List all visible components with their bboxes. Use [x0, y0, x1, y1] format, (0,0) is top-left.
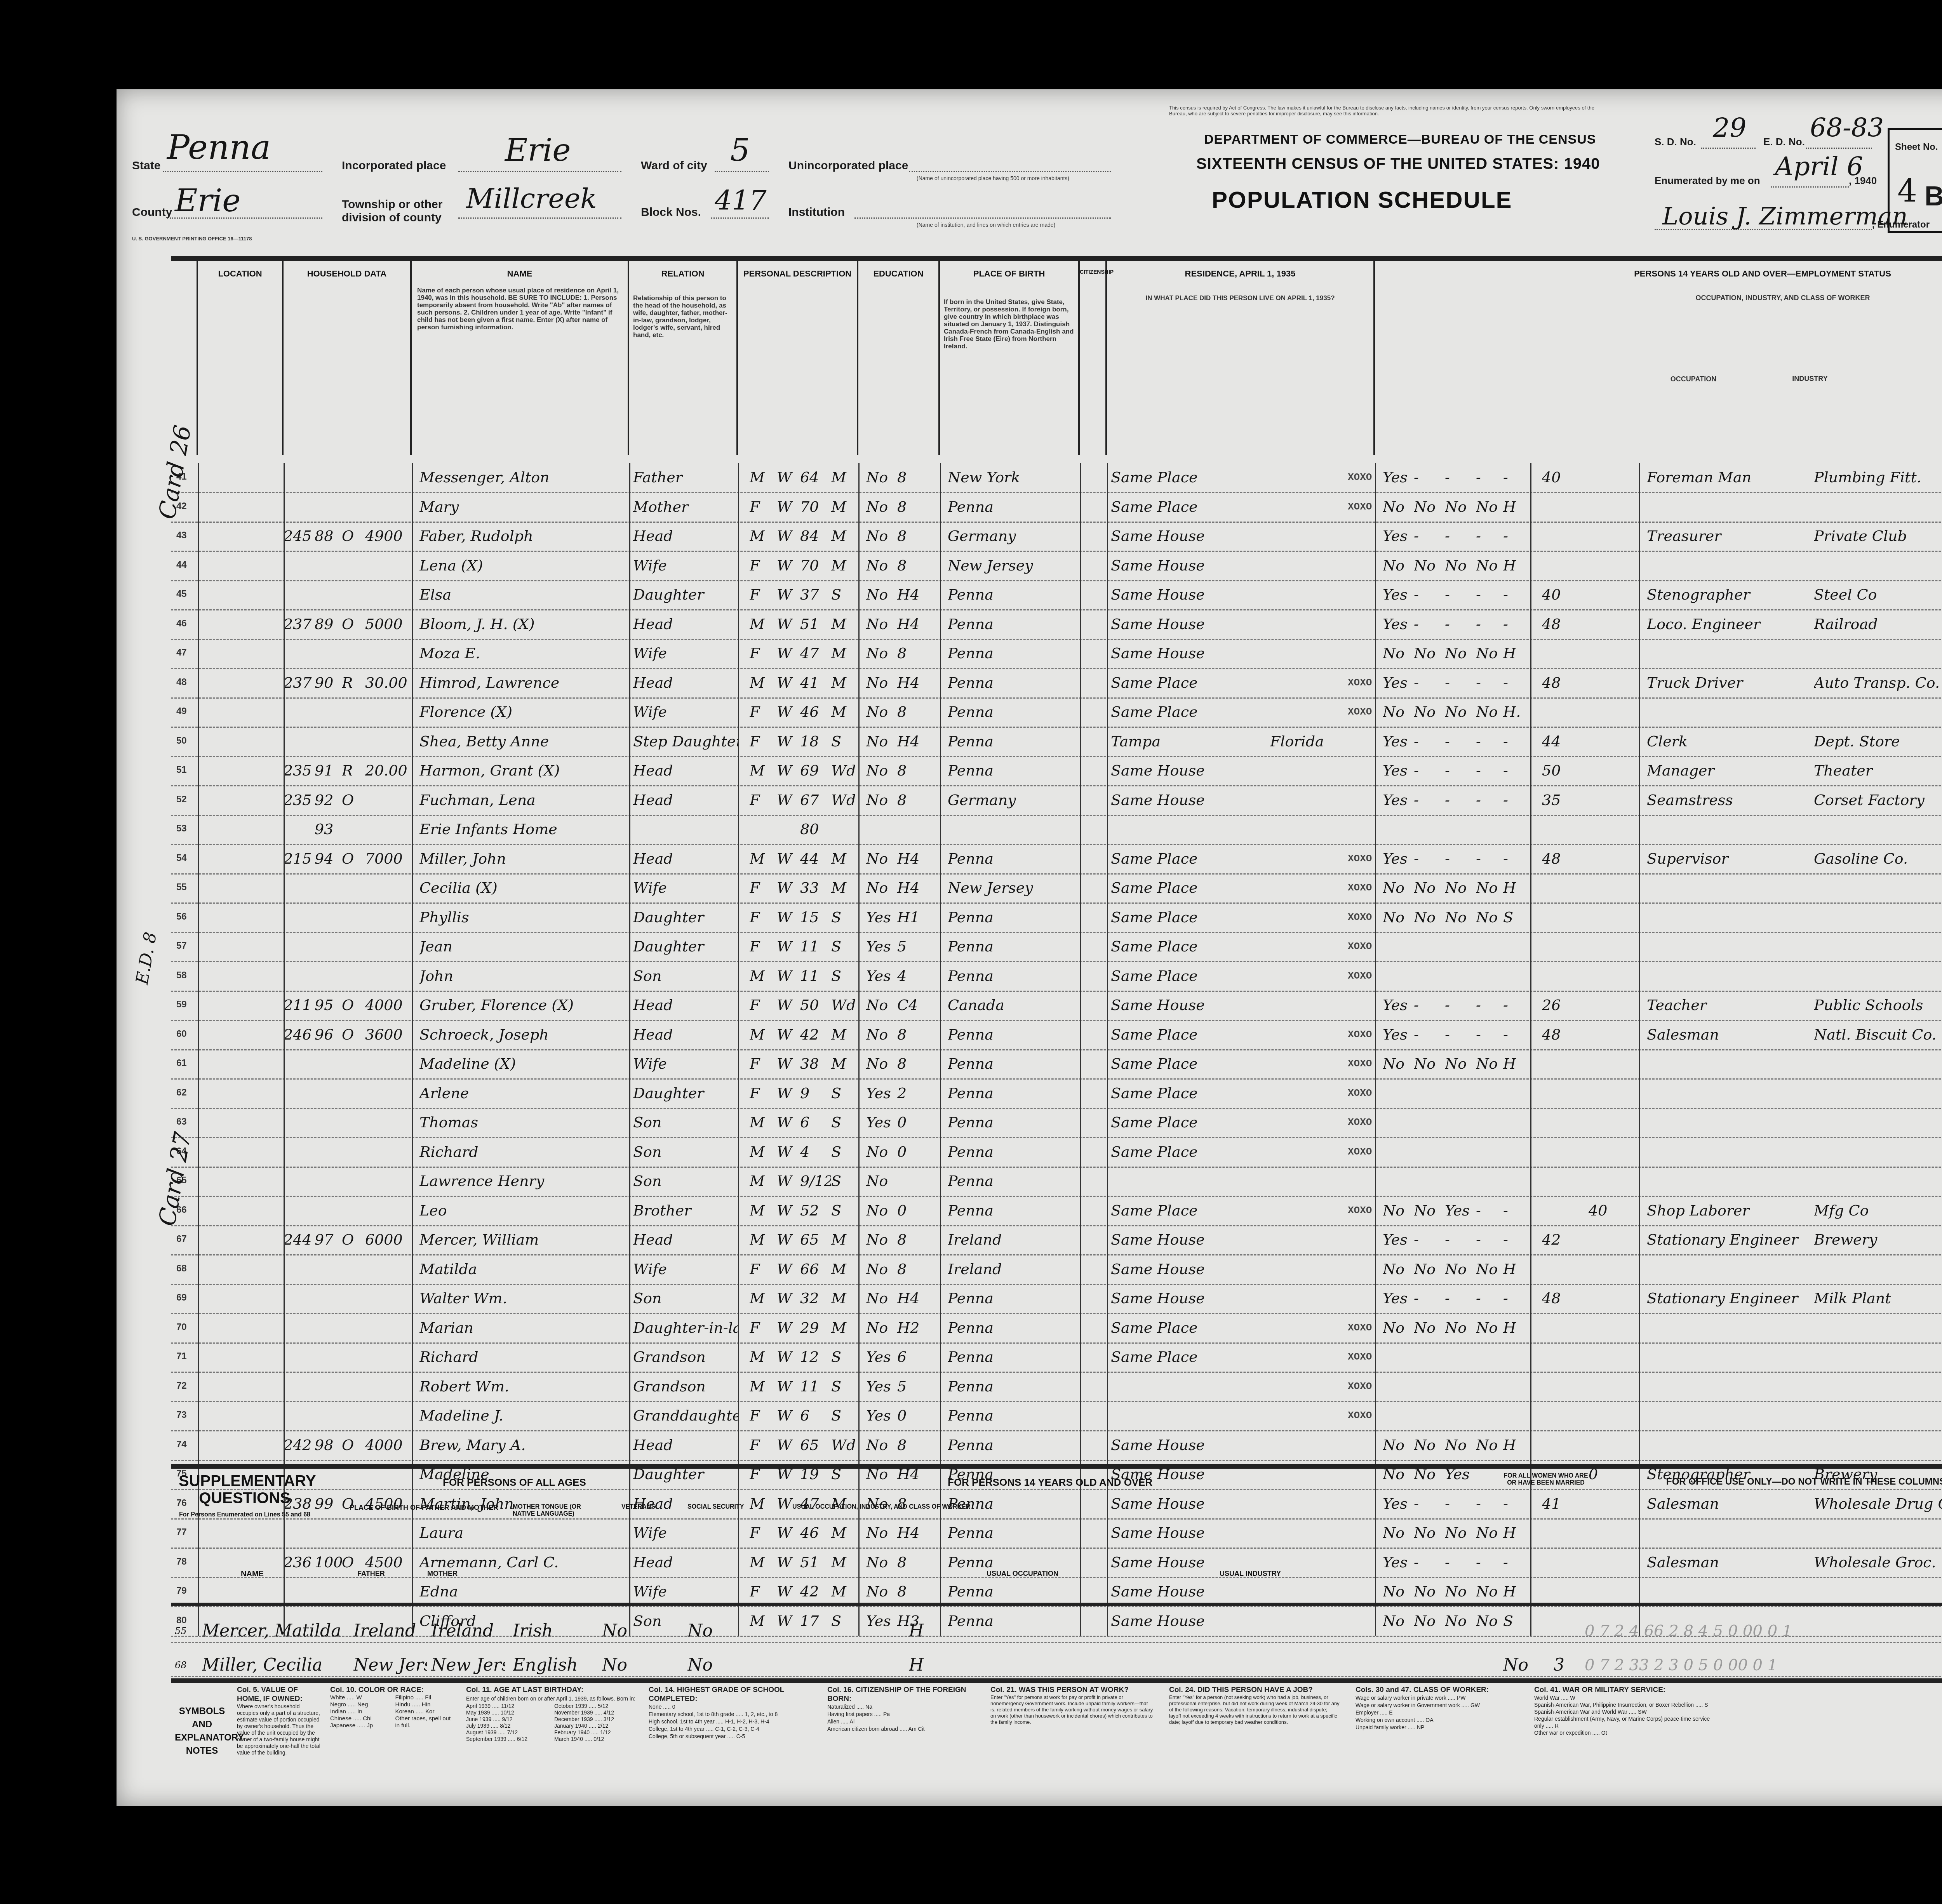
note-col5-text: Where owner's household occupies only a … — [237, 1703, 322, 1756]
note-list-item: October 1939 ..... 5/12 — [554, 1703, 637, 1709]
seeking-work: - — [1445, 845, 1472, 872]
emergency-work: - — [1414, 464, 1441, 491]
marital: M — [831, 845, 858, 872]
person-name: Walter Wm. — [419, 1285, 621, 1312]
line-number: 69 — [176, 1292, 187, 1303]
h-house — [284, 1343, 315, 1370]
had-job — [1476, 1373, 1503, 1400]
note-col14-list: None ..... 0Elementary school, 1st to 8t… — [649, 1703, 812, 1740]
sex: M — [750, 1373, 769, 1400]
residence-city: Same House — [1111, 991, 1227, 1019]
weeks-unemployed — [1589, 1255, 1627, 1283]
relation: Daughter — [633, 933, 738, 960]
department-title: DEPARTMENT OF COMMERCE—BUREAU OF THE CEN… — [1204, 132, 1596, 147]
hours-worked — [1542, 1050, 1581, 1077]
age: 65 — [800, 1226, 831, 1253]
had-job: - — [1476, 1021, 1503, 1048]
note-list-item: Alien ..... Al — [827, 1718, 975, 1725]
residence-state — [1270, 1314, 1348, 1341]
age: 4 — [800, 1138, 831, 1165]
h-tenure — [342, 933, 365, 960]
hours-worked — [1542, 874, 1581, 901]
residence-city: Same House — [1111, 1226, 1227, 1253]
age: 6 — [800, 1402, 831, 1429]
supp-social-security: No — [687, 1646, 719, 1685]
race: W — [777, 904, 796, 931]
grade: 2 — [897, 1080, 932, 1107]
residence-state — [1270, 991, 1348, 1019]
school: No — [866, 1226, 893, 1253]
h-value: 7000 — [365, 845, 412, 872]
age: 64 — [800, 464, 831, 491]
grade: 4 — [897, 962, 932, 989]
emergency-work: No — [1414, 493, 1441, 520]
h-value — [365, 698, 412, 725]
emergency-work — [1414, 962, 1441, 989]
h-value — [365, 464, 412, 491]
state-underline — [163, 171, 322, 172]
h-house: 235 — [284, 757, 315, 784]
seeking-work: - — [1445, 728, 1472, 755]
had-job: - — [1476, 669, 1503, 696]
emergency-work: No — [1414, 1431, 1441, 1459]
grade: 8 — [897, 552, 932, 579]
school — [866, 816, 893, 843]
school: Yes — [866, 962, 893, 989]
marital — [831, 816, 858, 843]
emergency-work: No — [1414, 1050, 1441, 1077]
note-col16: Col. 16. CITIZENSHIP OF THE FOREIGN BORN… — [827, 1685, 975, 1733]
emergency-work: No — [1414, 1197, 1441, 1224]
table-row: 44Lena (X)WifeFW70MNo8New JerseySame Hou… — [171, 551, 1942, 581]
person-name: Thomas — [419, 1109, 621, 1136]
weeks-unemployed — [1589, 522, 1627, 549]
h-tenure: O — [342, 522, 365, 549]
note-list-item: Indian ..... In — [330, 1708, 390, 1715]
school: No — [866, 552, 893, 579]
activity: - — [1503, 669, 1526, 696]
birthplace: Penna — [948, 728, 1076, 755]
h-fam — [315, 728, 342, 755]
seeking-work: No — [1445, 1314, 1472, 1341]
supp-birth-parents: PLACE OF BIRTH OF FATHER AND MOTHER — [350, 1504, 498, 1512]
emergency-work: - — [1414, 845, 1441, 872]
supp-title: SUPPLEMENTARY QUESTIONS — [179, 1473, 311, 1507]
industry: Mfg Co — [1814, 1197, 1942, 1224]
industry: Plumbing Fitt. — [1814, 464, 1942, 491]
h-fam: 97 — [315, 1226, 342, 1253]
occupation: Loco. Engineer — [1647, 610, 1810, 638]
grade: 5 — [897, 933, 932, 960]
h-tenure — [342, 874, 365, 901]
residence-code — [1348, 581, 1379, 608]
activity — [1503, 816, 1526, 843]
note-list-item: World War ..... W — [1534, 1694, 1713, 1701]
relation: Head — [633, 610, 738, 638]
residence-code: XOXO — [1348, 1197, 1379, 1224]
weeks-unemployed — [1589, 757, 1627, 784]
h-fam — [315, 1314, 342, 1341]
had-job: - — [1476, 581, 1503, 608]
note-list-item: Other war or expedition ..... Ot — [1534, 1729, 1713, 1736]
occupation — [1647, 640, 1810, 667]
had-job: No — [1476, 874, 1503, 901]
table-row: 71RichardGrandsonMW12SYes6PennaSame Plac… — [171, 1342, 1942, 1373]
county-label: County — [132, 206, 172, 219]
table-row: 49Florence (X)WifeFW46MNo8PennaSame Plac… — [171, 697, 1942, 728]
residence-city: Same Place — [1111, 1197, 1227, 1224]
industry — [1814, 493, 1942, 520]
marital: M — [831, 1050, 858, 1077]
grade: 8 — [897, 640, 932, 667]
marital: S — [831, 728, 858, 755]
sex: M — [750, 757, 769, 784]
column-divider — [1080, 463, 1081, 1636]
h-value — [365, 1285, 412, 1312]
residence-city: Same Place — [1111, 1138, 1227, 1165]
race: W — [777, 552, 796, 579]
had-job: No — [1476, 493, 1503, 520]
emergency-work — [1414, 1402, 1441, 1429]
birthplace: Canada — [948, 991, 1076, 1019]
at-work: No — [1383, 552, 1414, 579]
table-row: 63ThomasSonMW6SYes0PennaSame PlaceXOXO — [171, 1108, 1942, 1138]
person-name: Cecilia (X) — [419, 874, 621, 901]
person-name: Arlene — [419, 1080, 621, 1107]
residence-state — [1270, 1226, 1348, 1253]
h-tenure — [342, 1080, 365, 1107]
had-job: - — [1476, 991, 1503, 1019]
h-value — [365, 728, 412, 755]
had-job: - — [1476, 522, 1503, 549]
h-house — [284, 728, 315, 755]
emergency-work — [1414, 1167, 1441, 1195]
supp-veterans: VETERANS — [621, 1504, 655, 1511]
residence-city: Tampa — [1111, 728, 1227, 755]
at-work — [1383, 962, 1414, 989]
h-value: 3600 — [365, 1021, 412, 1048]
h-fam — [315, 1402, 342, 1429]
residence-state — [1270, 1138, 1348, 1165]
supp-divider — [171, 1603, 1942, 1606]
weeks-unemployed — [1589, 1080, 1627, 1107]
h-value — [365, 581, 412, 608]
seeking-work: No — [1445, 1050, 1472, 1077]
h-fam: 93 — [315, 816, 342, 843]
residence-city: Same House — [1111, 581, 1227, 608]
weeks-unemployed — [1589, 493, 1627, 520]
state-label: State — [132, 159, 160, 172]
seeking-work — [1445, 1138, 1472, 1165]
column-divider — [858, 463, 860, 1636]
h-tenure — [342, 1050, 365, 1077]
age: 11 — [800, 962, 831, 989]
h-value — [365, 1167, 412, 1195]
sex: F — [750, 728, 769, 755]
residence-city: Same Place — [1111, 464, 1227, 491]
age: 47 — [800, 640, 831, 667]
h-value — [365, 1314, 412, 1341]
hours-worked — [1542, 1138, 1581, 1165]
supp-col-usual-occupation: USUAL OCCUPATION — [987, 1570, 1058, 1578]
hours-worked — [1542, 962, 1581, 989]
race: W — [777, 1021, 796, 1048]
industry: Natl. Biscuit Co. — [1814, 1021, 1942, 1048]
activity: - — [1503, 1021, 1526, 1048]
col-group-residence: RESIDENCE, APRIL 1, 1935 IN WHAT PLACE D… — [1107, 261, 1375, 455]
hours-worked — [1542, 1167, 1581, 1195]
sex: F — [750, 640, 769, 667]
line-number: 61 — [176, 1058, 187, 1069]
supp-usual-occ-group: USUAL OCCUPATION, INDUSTRY, AND CLASS OF… — [792, 1504, 970, 1511]
grade — [897, 816, 932, 843]
note-list-item: Spanish-American War, Philippine Insurre… — [1534, 1701, 1713, 1708]
age: 70 — [800, 552, 831, 579]
h-fam — [315, 581, 342, 608]
marital: M — [831, 640, 858, 667]
relation: Daughter — [633, 904, 738, 931]
sex: F — [750, 493, 769, 520]
grade: 8 — [897, 698, 932, 725]
table-row: 5393Erie Infants Home80 — [171, 815, 1942, 845]
at-work: No — [1383, 1255, 1414, 1283]
note-list-item: November 1939 ..... 4/12 — [554, 1709, 637, 1716]
column-divider — [940, 463, 941, 1636]
sex: F — [750, 1080, 769, 1107]
note-col21-text: Enter "Yes" for persons at work for pay … — [990, 1694, 1154, 1725]
emergency-work: - — [1414, 786, 1441, 814]
note-col41-title: Col. 41. WAR OR MILITARY SERVICE: — [1534, 1686, 1665, 1694]
relation: Wife — [633, 552, 738, 579]
h-house — [284, 581, 315, 608]
ward-underline — [715, 171, 769, 172]
residence-code: XOXO — [1348, 1343, 1379, 1370]
school: No — [866, 786, 893, 814]
race — [777, 816, 796, 843]
person-name: Schroeck, Joseph — [419, 1021, 621, 1048]
h-tenure — [342, 1373, 365, 1400]
grade: H4 — [897, 728, 932, 755]
residence-state — [1270, 1373, 1348, 1400]
column-divider — [1107, 463, 1108, 1636]
residence-code — [1348, 816, 1379, 843]
birthplace: Penna — [948, 1167, 1076, 1195]
residence-code: XOXO — [1348, 1138, 1379, 1165]
marital: M — [831, 464, 858, 491]
table-row: 5123591R20.00Harmon, Grant (X)HeadMW69Wd… — [171, 756, 1942, 786]
residence-code — [1348, 552, 1379, 579]
h-tenure — [342, 640, 365, 667]
h-tenure: O — [342, 1021, 365, 1048]
school: No — [866, 610, 893, 638]
birthplace: Penna — [948, 1109, 1076, 1136]
line-number: 45 — [176, 589, 187, 600]
note-list-item: July 1939 ..... 8/12 — [466, 1723, 549, 1729]
age: 9 — [800, 1080, 831, 1107]
emergency-work — [1414, 1343, 1441, 1370]
had-job — [1476, 816, 1503, 843]
weeks-unemployed — [1589, 933, 1627, 960]
grade: 0 — [897, 1197, 932, 1224]
sd-label: S. D. No. — [1655, 136, 1696, 148]
grade: 8 — [897, 1431, 932, 1459]
block-label: Block Nos. — [641, 206, 701, 219]
h-fam — [315, 1285, 342, 1312]
marital: M — [831, 669, 858, 696]
residence-state — [1270, 1343, 1348, 1370]
had-job — [1476, 1402, 1503, 1429]
grade: 8 — [897, 757, 932, 784]
note-list-item: Regular establishment (Army, Navy, or Ma… — [1534, 1715, 1713, 1729]
col-group-personal: PERSONAL DESCRIPTION — [738, 261, 858, 455]
weeks-unemployed — [1589, 816, 1627, 843]
h-value: 20.00 — [365, 757, 412, 784]
school: No — [866, 1255, 893, 1283]
weeks-unemployed — [1589, 581, 1627, 608]
seeking-work — [1445, 1167, 1472, 1195]
activity — [1503, 1402, 1526, 1429]
h-value — [365, 816, 412, 843]
supp-father-birthplace: New Jersey — [353, 1646, 427, 1685]
note-list-item: Having first papers ..... Pa — [827, 1711, 975, 1718]
h-fam — [315, 1109, 342, 1136]
industry — [1814, 1431, 1942, 1459]
at-work — [1383, 1373, 1414, 1400]
township-underline — [458, 217, 621, 219]
residence-code: XOXO — [1348, 669, 1379, 696]
line-number: 74 — [176, 1439, 187, 1450]
seeking-work — [1445, 816, 1472, 843]
age: 65 — [800, 1431, 831, 1459]
hours-worked: 42 — [1542, 1226, 1581, 1253]
residence-city: Same Place — [1111, 1021, 1227, 1048]
occupation — [1647, 552, 1810, 579]
h-tenure: O — [342, 991, 365, 1019]
h-value — [365, 1255, 412, 1283]
relation: Head — [633, 1431, 738, 1459]
occupation: Clerk — [1647, 728, 1810, 755]
residence-state — [1270, 1285, 1348, 1312]
residence-code: XOXO — [1348, 933, 1379, 960]
table-row: 56PhyllisDaughterFW15SYesH1PennaSame Pla… — [171, 903, 1942, 933]
occupation: Shop Laborer — [1647, 1197, 1810, 1224]
person-name: Harmon, Grant (X) — [419, 757, 621, 784]
occupation: Supervisor — [1647, 845, 1810, 872]
residence-state — [1270, 1431, 1348, 1459]
residence-city: Same Place — [1111, 493, 1227, 520]
h-fam — [315, 1167, 342, 1195]
person-name: Moza E. — [419, 640, 621, 667]
school: No — [866, 581, 893, 608]
had-job: No — [1476, 698, 1503, 725]
grade: H4 — [897, 669, 932, 696]
ed-label: E. D. No. — [1763, 136, 1805, 148]
person-name: Fuchman, Lena — [419, 786, 621, 814]
h-value — [365, 1080, 412, 1107]
institution-label: Institution — [788, 206, 845, 219]
residence-city — [1111, 816, 1227, 843]
birthplace: Penna — [948, 757, 1076, 784]
race: W — [777, 1255, 796, 1283]
h-house — [284, 1109, 315, 1136]
h-house: 244 — [284, 1226, 315, 1253]
emergency-work: - — [1414, 610, 1441, 638]
activity: - — [1503, 610, 1526, 638]
supp-over-14: FOR PERSONS 14 YEARS OLD AND OVER — [948, 1476, 1152, 1488]
h-value — [365, 962, 412, 989]
emergency-work: No — [1414, 904, 1441, 931]
race: W — [777, 640, 796, 667]
at-work — [1383, 933, 1414, 960]
residence-state — [1270, 1167, 1348, 1195]
residence-state — [1270, 464, 1348, 491]
industry — [1814, 1373, 1942, 1400]
occupation — [1647, 1050, 1810, 1077]
occupation: Teacher — [1647, 991, 1810, 1019]
activity: - — [1503, 845, 1526, 872]
person-name: Himrod, Lawrence — [419, 669, 621, 696]
table-row: 62ArleneDaughterFW9SYes2PennaSame PlaceX… — [171, 1079, 1942, 1109]
weeks-unemployed — [1589, 1109, 1627, 1136]
sex: F — [750, 1255, 769, 1283]
hours-worked — [1542, 1373, 1581, 1400]
activity — [1503, 1167, 1526, 1195]
hours-worked: 26 — [1542, 991, 1581, 1019]
note-list-item: White ..... W — [330, 1694, 390, 1701]
activity — [1503, 1080, 1526, 1107]
supp-name: Miller, Cecilia — [202, 1646, 350, 1685]
sex: F — [750, 552, 769, 579]
grade: H4 — [897, 845, 932, 872]
occupation — [1647, 493, 1810, 520]
weeks-unemployed — [1589, 1343, 1627, 1370]
age: 84 — [800, 522, 831, 549]
table-row: 68MatildaWifeFW66MNo8IrelandSame HouseNo… — [171, 1255, 1942, 1285]
column-divider — [1530, 463, 1531, 1636]
col-relation-title: RELATION — [629, 269, 736, 279]
residence-state — [1270, 669, 1348, 696]
hours-worked — [1542, 1431, 1581, 1459]
table-row: 64RichardSonMW4SNo0PennaSame PlaceXOXO — [171, 1137, 1942, 1168]
at-work: No — [1383, 904, 1414, 931]
grade: H4 — [897, 874, 932, 901]
sex: F — [750, 581, 769, 608]
at-work: No — [1383, 1314, 1414, 1341]
line-number: 52 — [176, 794, 187, 805]
at-work: Yes — [1383, 1285, 1414, 1312]
occupation: Manager — [1647, 757, 1810, 784]
age: 66 — [800, 1255, 831, 1283]
sex: M — [750, 845, 769, 872]
marital: S — [831, 1167, 858, 1195]
hours-worked — [1542, 1197, 1581, 1224]
marital: S — [831, 1109, 858, 1136]
note-col21-title: Col. 21. WAS THIS PERSON AT WORK? — [990, 1686, 1129, 1694]
residence-state — [1270, 933, 1348, 960]
line-number: 56 — [176, 911, 187, 922]
h-value: 5000 — [365, 610, 412, 638]
relation: Head — [633, 845, 738, 872]
h-house: 245 — [284, 522, 315, 549]
race: W — [777, 464, 796, 491]
race: W — [777, 1109, 796, 1136]
race: W — [777, 933, 796, 960]
note-list-item: High school, 1st to 4th year ..... H-1, … — [649, 1718, 812, 1725]
note-list-item: August 1939 ..... 7/12 — [466, 1729, 549, 1736]
note-list-item: Other races, spell out in full. — [395, 1715, 455, 1729]
at-work: Yes — [1383, 786, 1414, 814]
supp-mother-tongue: MOTHER TONGUE (OR NATIVE LANGUAGE) — [513, 1504, 598, 1518]
